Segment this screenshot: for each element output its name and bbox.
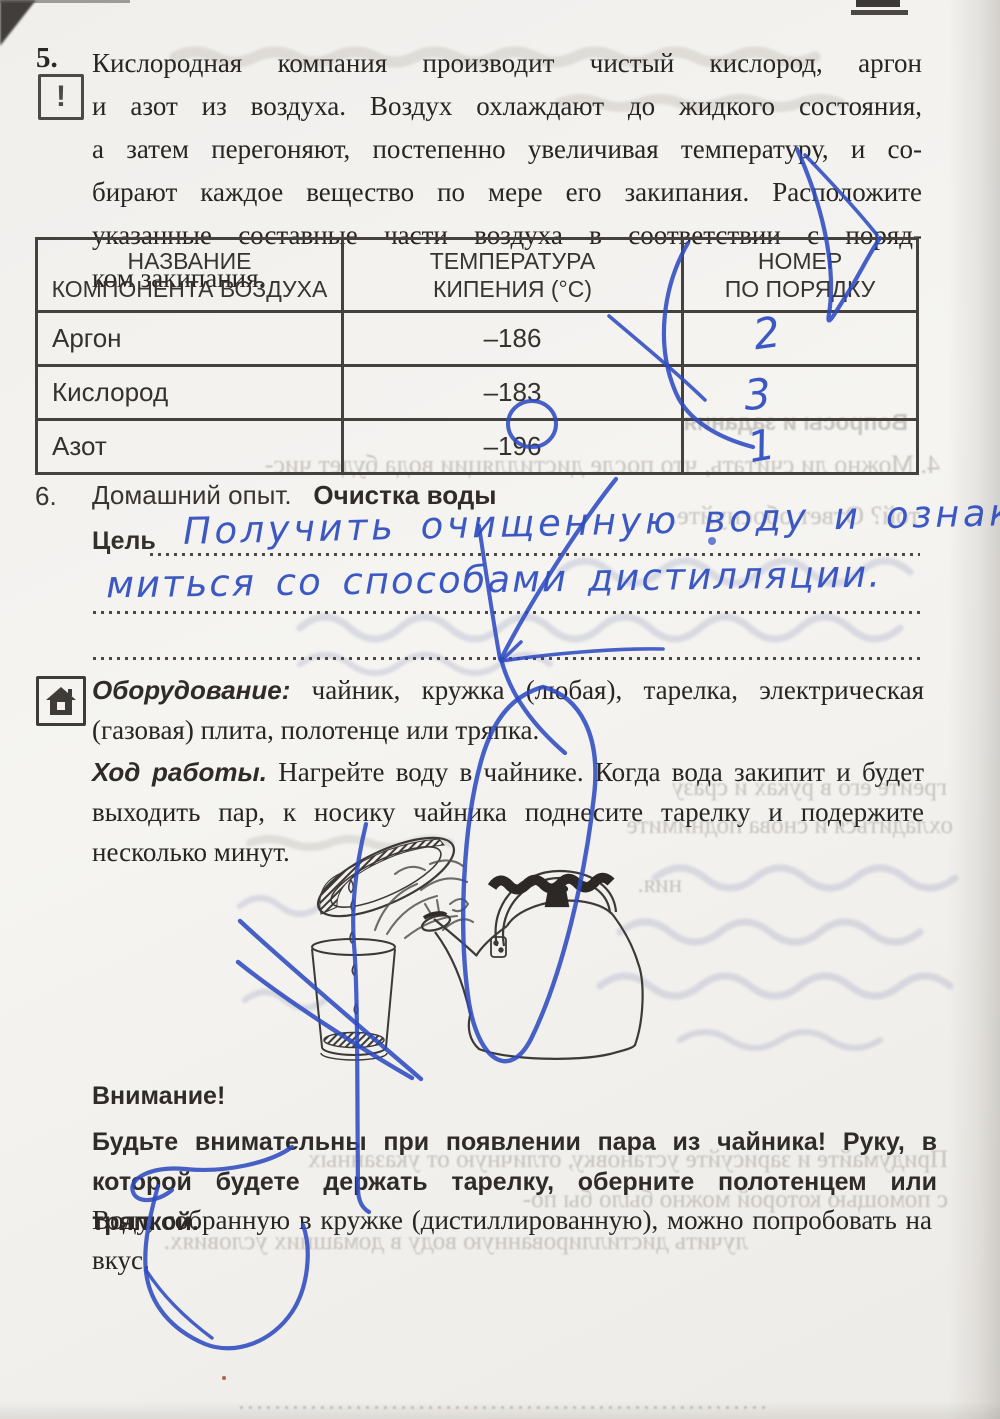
header-line: НАЗВАНИЕ [40, 247, 339, 275]
header-line: ПО ПОРЯДКУ [686, 275, 914, 303]
scan-speck [222, 1376, 226, 1380]
distillation-illustration [225, 834, 670, 1084]
title-bold: Очистка воды [313, 480, 496, 510]
component-name: Кислород [37, 366, 343, 420]
order-answer-cell: 2 [683, 312, 918, 366]
text-line: бирают каждое вещество по мере его закип… [92, 171, 922, 214]
home-icon [36, 676, 86, 726]
header-line: ТЕМПЕРАТУРА [346, 247, 679, 275]
handwritten-order: 3 [742, 369, 772, 420]
text-line: и азот из воздуха. Воздух охлаждают до ж… [92, 85, 922, 128]
note-text: Воду, собранную в кружке (дистиллированн… [92, 1200, 932, 1280]
answer-dotted-line [93, 657, 920, 660]
warning-title: Внимание! [92, 1082, 225, 1111]
table-row: Азот –196 1 [37, 420, 918, 474]
glass-drawing [312, 939, 395, 1060]
text-line: Кислородная компания производит чистый к… [92, 42, 922, 85]
table-header-row: НАЗВАНИЕ КОМПОНЕНТА ВОЗДУХА ТЕМПЕРАТУРА … [37, 239, 918, 312]
table-row: Аргон –186 2 [37, 312, 918, 366]
handwritten-order: 1 [744, 419, 779, 472]
goal-label: Цель [92, 527, 156, 556]
water-drops [349, 880, 358, 1014]
table-row: Кислород –183 3 [37, 366, 918, 420]
boiling-points-table: НАЗВАНИЕ КОМПОНЕНТА ВОЗДУХА ТЕМПЕРАТУРА … [35, 237, 919, 475]
order-answer-cell: 3 [683, 366, 918, 420]
component-name: Аргон [37, 312, 343, 366]
text-line: а затем перегоняют, постепенно увеличива… [92, 128, 922, 171]
boiling-temp: –196 [343, 420, 683, 474]
column-header-name: НАЗВАНИЕ КОМПОНЕНТА ВОЗДУХА [37, 239, 343, 312]
boiling-temp: –186 [343, 312, 683, 366]
answer-dotted-line [150, 553, 920, 556]
answer-dotted-line [93, 611, 920, 614]
page-right-shadow [948, 0, 1000, 1419]
order-answer-cell: 1 [683, 420, 918, 474]
steam-drawing [375, 860, 473, 938]
workbook-page: Вопросы и задания4. Можно ли считать, чт… [0, 0, 1000, 1419]
column-header-order: НОМЕР ПО ПОРЯДКУ [683, 239, 918, 312]
kettle-drawing [420, 871, 642, 1059]
column-header-temp: ТЕМПЕРАТУРА КИПЕНИЯ (°С) [343, 239, 683, 312]
plate-drawing [308, 834, 464, 932]
exercise6-number: 6. [35, 481, 57, 512]
title-plain: Домашний опыт. [92, 480, 292, 510]
scan-top-edge [0, 0, 130, 3]
header-line: НОМЕР [686, 247, 914, 275]
exercise5-number: 5. [36, 42, 58, 75]
page-number-underline [851, 10, 908, 15]
page-number-fragment [856, 0, 900, 7]
header-line: КОМПОНЕНТА ВОЗДУХА [40, 275, 339, 303]
header-line: КИПЕНИЯ (°С) [346, 275, 679, 303]
exclamation-icon: ! [38, 74, 84, 120]
home-icon-glyph [45, 686, 77, 716]
component-name: Азот [37, 420, 343, 474]
procedure-label: Ход работы. [92, 757, 267, 787]
boiling-temp: –183 [343, 366, 683, 420]
equipment-label: Оборудование: [92, 675, 290, 705]
scan-corner-artifact [0, 0, 36, 46]
handwritten-order: 2 [750, 307, 783, 359]
exclamation-glyph: ! [56, 80, 66, 114]
page-bottom-shadow [0, 1401, 1000, 1419]
equipment-paragraph: Оборудование: чайник, кружка (любая), та… [92, 670, 924, 750]
exercise6-title: Домашний опыт. Очистка воды [92, 480, 496, 511]
